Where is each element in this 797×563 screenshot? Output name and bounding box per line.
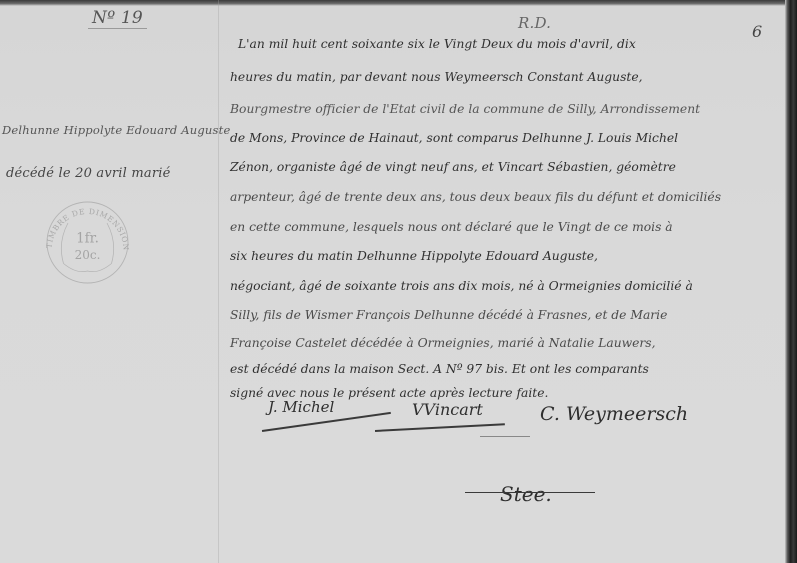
body-line: six heures du matin Delhunne Hippolyte E… (230, 249, 598, 263)
body-line: Zénon, organiste âgé de vingt neuf ans, … (230, 160, 676, 174)
body-line: négociant, âgé de soixante trois ans dix… (230, 279, 693, 293)
signature-flourish (375, 423, 505, 431)
signature-flourish (480, 436, 530, 437)
body-line: Bourgmestre officier de l'Etat civil de … (230, 102, 700, 116)
document-page: Nº 19 Delhunne Hippolyte Edouard Auguste… (0, 0, 786, 563)
signature-witness-1: J. Michel (268, 398, 334, 416)
body-line: Françoise Castelet décédée à Ormeignies,… (230, 336, 656, 350)
paraph-mark: R.D. (518, 14, 551, 32)
signature-officer: C. Weymeersch (540, 403, 688, 425)
body-line: est décédé dans la maison Sect. A Nº 97 … (230, 362, 649, 376)
body-line: heures du matin, par devant nous Weymeer… (230, 70, 643, 84)
body-line: en cette commune, lesquels nous ont décl… (230, 220, 673, 234)
book-binding-edge (785, 0, 797, 563)
signature-witness-2: VVincart (412, 400, 483, 419)
signature-flourish (465, 492, 595, 493)
margin-rule (218, 0, 219, 563)
body-line: de Mons, Province de Hainaut, sont compa… (230, 131, 678, 145)
stamp-value-line1: 1fr. (76, 231, 99, 247)
signature-secretary: Stee. (500, 482, 552, 506)
stamp-value-line2: 20c. (75, 248, 101, 262)
body-line: Silly, fils de Wismer François Delhunne … (230, 308, 667, 322)
body-line: L'an mil huit cent soixante six le Vingt… (238, 37, 636, 51)
body-line: arpenteur, âgé de trente deux ans, tous … (230, 190, 721, 204)
margin-death-note: décédé le 20 avril marié (6, 166, 171, 181)
page-number: 6 (752, 22, 762, 41)
page-top-shadow (0, 0, 797, 6)
revenue-stamp-icon: TIMBRE DE DIMENSION 1fr. 20c. (35, 195, 140, 287)
margin-deceased-name: Delhunne Hippolyte Edouard Auguste (2, 123, 230, 137)
record-number: Nº 19 (88, 8, 147, 29)
